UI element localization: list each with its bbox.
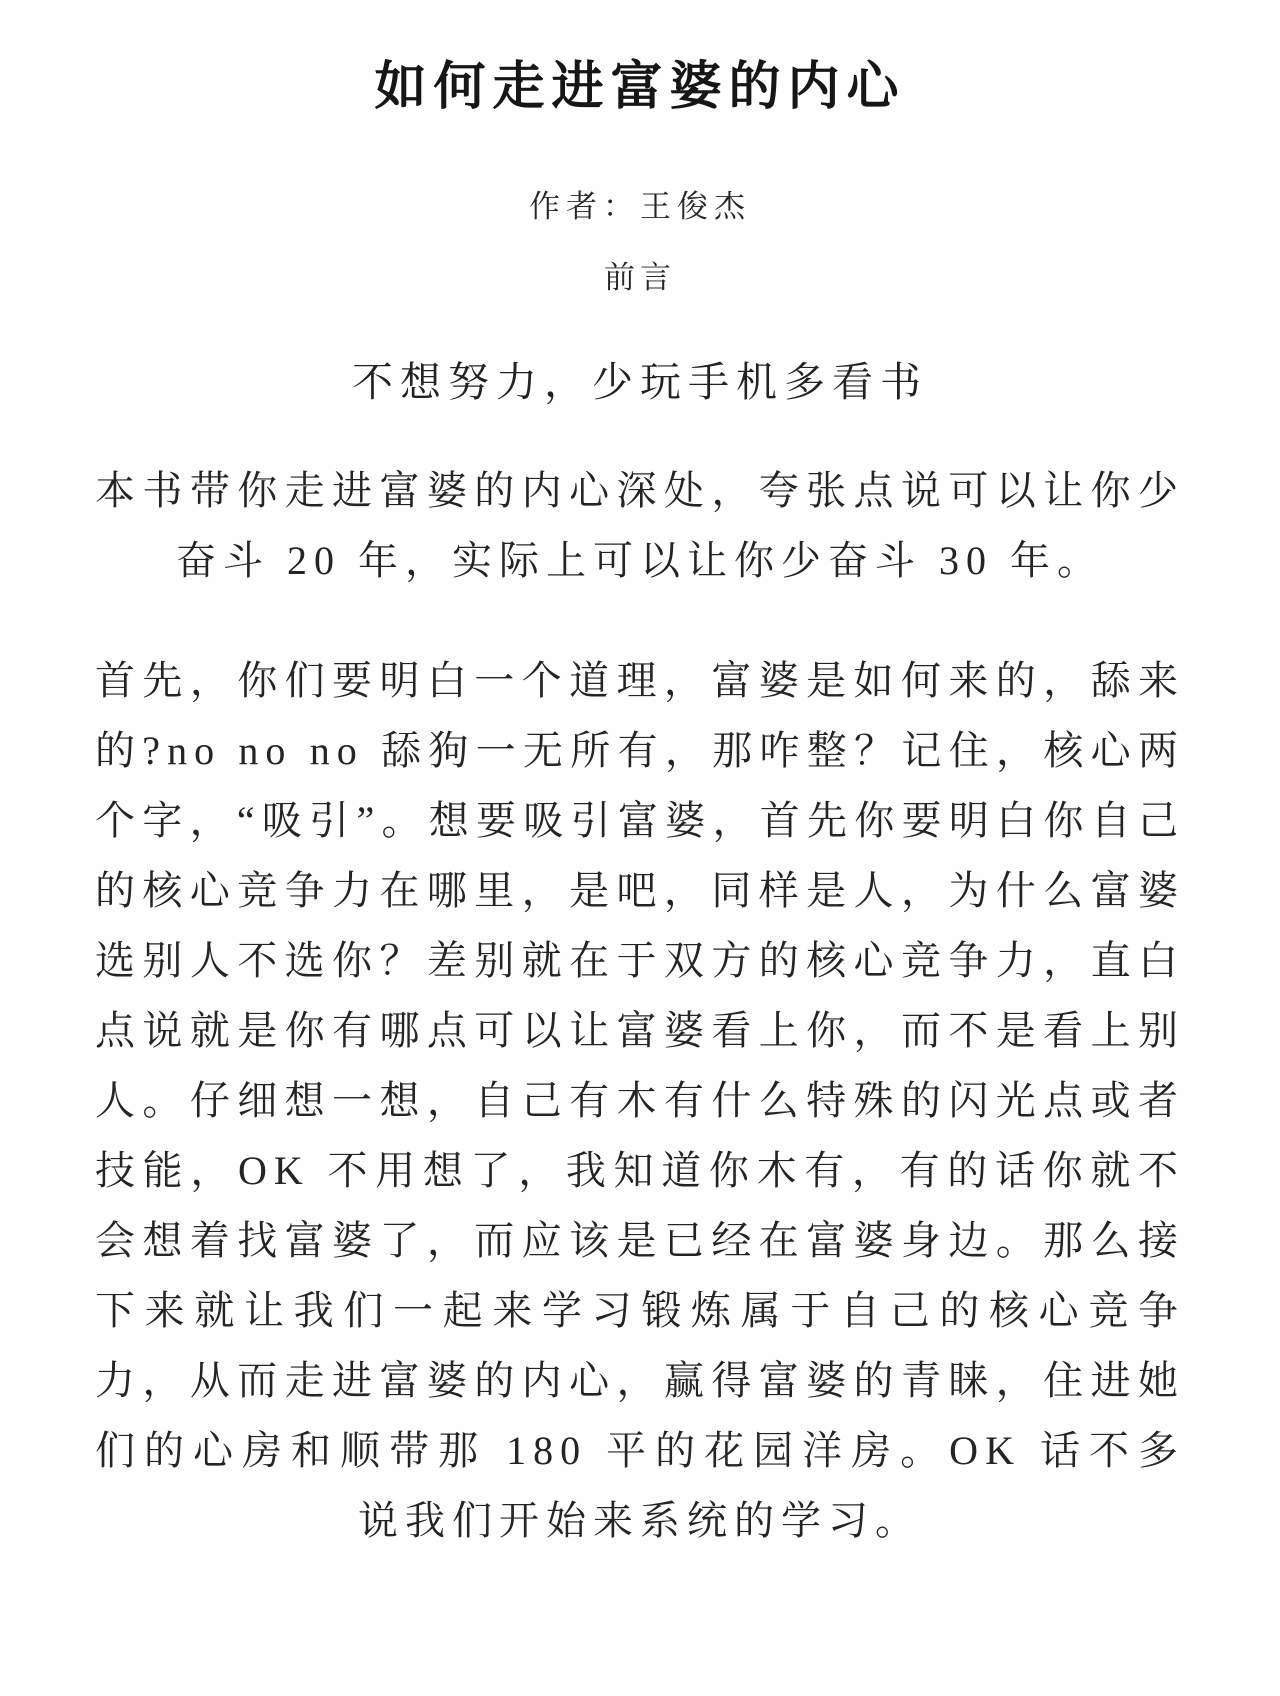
preface-heading: 前言 <box>95 252 1185 297</box>
author-line: 作者：王俊杰 <box>95 181 1185 226</box>
page-title: 如何走进富婆的内心 <box>95 44 1185 119</box>
document-page: 如何走进富婆的内心 作者：王俊杰 前言 不想努力，少玩手机多看书 本书带你走进富… <box>0 0 1280 1696</box>
subtitle: 不想努力，少玩手机多看书 <box>95 349 1185 408</box>
paragraph-intro: 本书带你走进富婆的内心深处，夸张点说可以让你少奋斗 20 年，实际上可以让你少奋… <box>95 456 1185 596</box>
paragraph-main: 首先，你们要明白一个道理，富婆是如何来的，舔来的?no no no 舔狗一无所有… <box>95 646 1185 1556</box>
